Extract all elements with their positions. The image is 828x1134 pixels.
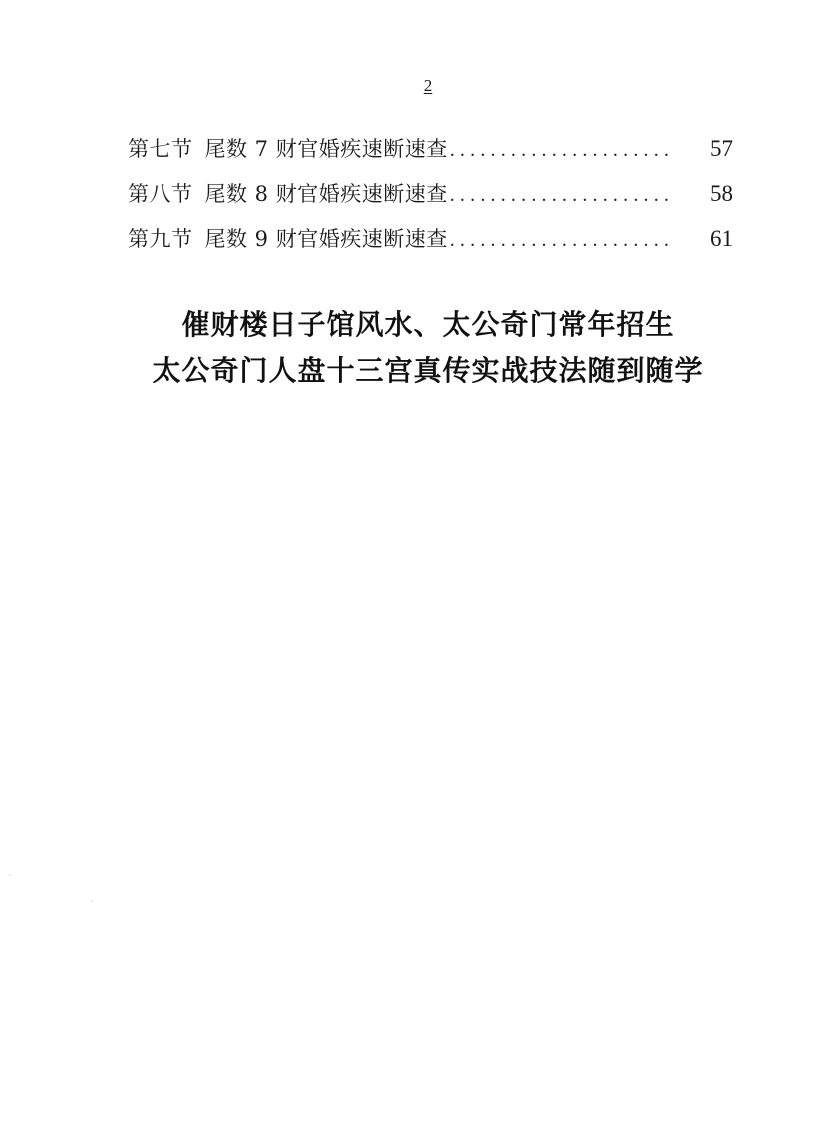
page-number: 2 [0,76,828,96]
toc-dot-leader: ...................... [450,173,708,218]
toc-entry[interactable]: 第八节尾数 8 财官婚疾速断速查 ...................... … [128,171,733,216]
toc-entry[interactable]: 第九节尾数 9 财官婚疾速断速查 ...................... … [128,216,733,261]
toc-section-label: 第八节 [128,182,193,206]
toc-section-title: 尾数 9 财官婚疾速断速查 [205,227,448,251]
toc-entry[interactable]: 第七节尾数 7 财官婚疾速断速查 ...................... … [128,126,733,171]
toc-section-title: 尾数 7 财官婚疾速断速查 [205,137,448,161]
promo-line-2: 太公奇门人盘十三宫真传实战技法随到随学 [0,348,828,394]
page-number-text: 2 [424,76,433,95]
toc-dot-leader: ...................... [450,218,708,263]
toc-section-label: 第九节 [128,227,193,251]
toc-dot-leader: ...................... [450,128,708,173]
toc-page-number: 58 [710,171,733,216]
scan-speck [9,874,11,876]
toc-page-number: 57 [710,126,733,171]
scan-speck [91,900,93,902]
toc-entry-title: 第七节尾数 7 财官婚疾速断速查 [128,127,448,172]
toc-page-number: 61 [710,216,733,261]
toc-entry-title: 第八节尾数 8 财官婚疾速断速查 [128,172,448,217]
promo-heading: 催财楼日子馆风水、太公奇门常年招生 太公奇门人盘十三宫真传实战技法随到随学 [0,302,828,394]
toc-section-title: 尾数 8 财官婚疾速断速查 [205,182,448,206]
promo-line-1: 催财楼日子馆风水、太公奇门常年招生 [0,302,828,348]
toc-entry-title: 第九节尾数 9 财官婚疾速断速查 [128,217,448,262]
toc-section-label: 第七节 [128,137,193,161]
table-of-contents: 第七节尾数 7 财官婚疾速断速查 ...................... … [128,126,733,261]
